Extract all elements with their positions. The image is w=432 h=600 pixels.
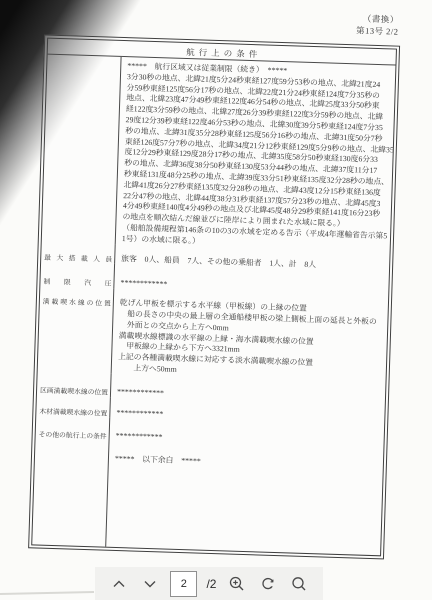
row-label-cell: 満載喫水線の位置 (38, 287, 115, 374)
viewer-toolbar: /2 (95, 567, 323, 600)
table-row: その他の航行上の条件 ************ ***** 以下余白 ***** (32, 416, 384, 556)
sheet-number: 第13号 2/2 (356, 24, 399, 37)
row-label-cell: 区画満載喫水線の位置 (37, 371, 112, 397)
row-label-cell (42, 55, 122, 245)
rotate-button[interactable] (257, 573, 279, 595)
search-icon (290, 575, 308, 593)
page-number-input[interactable] (170, 571, 197, 597)
navigation-conditions-table: 航行上の条件 ***** 航行区域又は従業制限（続き） *****3分30秒の地… (28, 35, 400, 560)
zoom-in-button[interactable] (226, 573, 248, 595)
row-label-cell: 最大搭載人員 (41, 242, 116, 264)
chevron-down-icon (141, 575, 159, 593)
previous-page-button[interactable] (108, 573, 130, 595)
other-conditions-value: ************ (115, 431, 379, 450)
row-label-cell: その他の航行上の条件 (32, 416, 110, 547)
row-label-cell: 木材満載喫水線の位置 (36, 395, 111, 418)
table-body: ***** 航行区域又は従業制限（続き） *****3分30秒の地点、北緯21度… (32, 55, 395, 556)
row-label: 満載喫水線の位置 (43, 296, 111, 308)
rotate-icon (259, 575, 277, 593)
scanned-page: （書換） 第13号 2/2 航行上の条件 ***** 航行区域又は従業制限（続き… (0, 0, 432, 569)
document-viewer: （書換） 第13号 2/2 航行上の条件 ***** 航行区域又は従業制限（続き… (0, 0, 432, 600)
loadline-position-text: 乾げん甲板を標示する水平線（甲板線）の上縁の位置 船の長さの中央の最上層の全通船… (112, 289, 389, 382)
blank-below-note: ***** 以下余白 ***** (115, 454, 379, 473)
document-header: （書換） 第13号 2/2 (356, 12, 399, 37)
navigation-area-text: ***** 航行区域又は従業制限（続き） *****3分30秒の地点、北緯21度… (116, 57, 396, 253)
search-button[interactable] (288, 573, 310, 595)
table-row: ***** 航行区域又は従業制限（続き） *****3分30秒の地点、北緯21度… (42, 55, 396, 253)
page-edge-line (0, 591, 94, 594)
table-row: 満載喫水線の位置 乾げん甲板を標示する水平線（甲板線）の上縁の位置 船の長さの中… (38, 287, 388, 382)
page-total-label: /2 (206, 577, 216, 591)
zoom-in-icon (228, 575, 246, 593)
row-label: その他の航行上の条件 (39, 429, 107, 441)
row-value-cell: ************ ***** 以下余白 ***** (106, 418, 384, 555)
row-label-cell: 制限汽圧 (40, 262, 115, 289)
chevron-up-icon (110, 575, 128, 593)
next-page-button[interactable] (139, 573, 161, 595)
